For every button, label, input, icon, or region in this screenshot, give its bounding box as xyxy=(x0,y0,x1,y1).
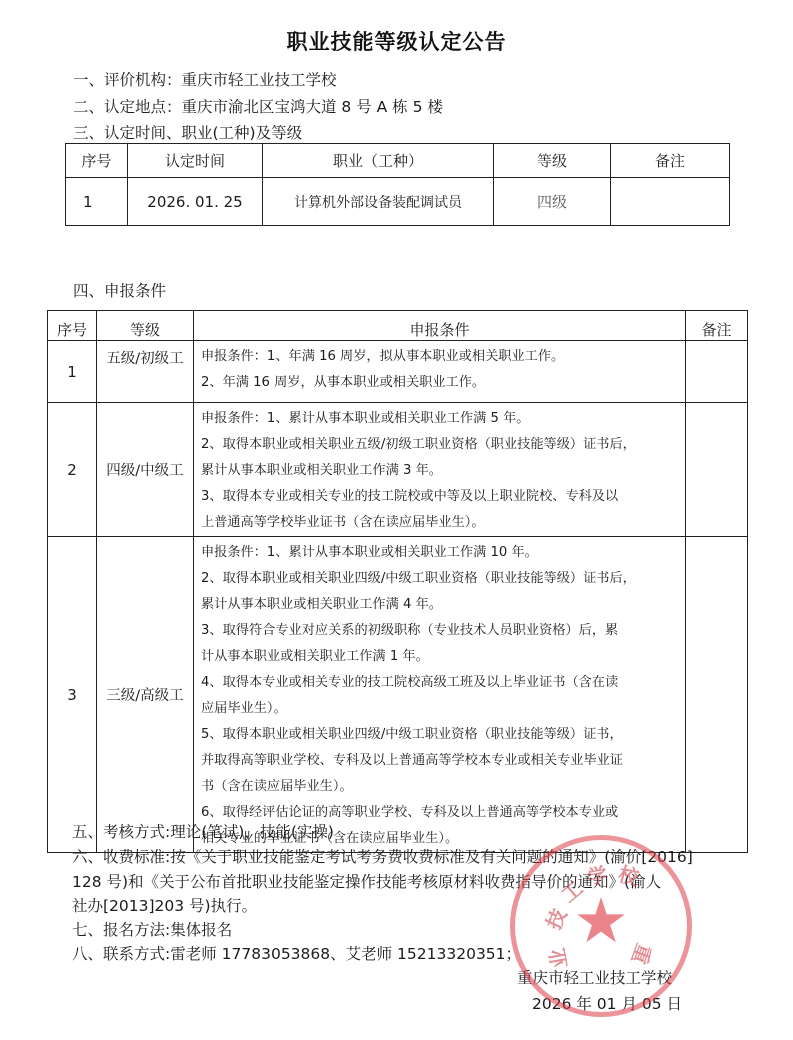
section-fee-standard-line-2: 128 号)和《关于公布首批职业技能鉴定操作技能考核原材料收费指导价的通知》(渝… xyxy=(72,870,661,892)
cell-occupation: 计算机外部设备装配调试员 xyxy=(263,178,494,226)
cell-level: 五级/初级工 xyxy=(97,341,194,403)
cell-conditions: 申报条件：1、年满 16 周岁，拟从事本职业或相关职业工作。 2、年满 16 周… xyxy=(194,341,686,403)
condition-line: 2、取得本职业或相关职业五级/初级工职业资格（职业技能等级）证书后， xyxy=(201,432,685,458)
header-note: 备注 xyxy=(686,311,748,341)
cell-note xyxy=(611,178,730,226)
section-fee-standard-line-3: 社办[2013]203 号)执行。 xyxy=(72,894,257,916)
condition-line: 应届毕业生）。 xyxy=(201,696,685,722)
schedule-table: 序号 认定时间 职业（工种） 等级 备注 1 2026. 01. 25 计算机外… xyxy=(65,143,730,226)
header-grade: 等级 xyxy=(494,144,611,178)
condition-line: 5、取得本职业或相关职业四级/中级工职业资格（职业技能等级）证书， xyxy=(201,722,685,748)
condition-line: 申报条件：1、累计从事本职业或相关职业工作满 10 年。 xyxy=(201,540,685,566)
section-location: 二、认定地点：重庆市渝北区宝鸿大道 8 号 A 栋 5 楼 xyxy=(73,95,443,117)
header-seq: 序号 xyxy=(48,311,97,341)
schedule-table-header: 序号 认定时间 职业（工种） 等级 备注 xyxy=(66,144,730,178)
condition-line: 累计从事本职业或相关职业工作满 3 年。 xyxy=(201,458,685,484)
condition-line: 并取得高等职业学校、专科及以上普通高等学校本专业或相关专业毕业证 xyxy=(201,748,685,774)
table-row: 2 四级/中级工 申报条件：1、累计从事本职业或相关职业工作满 5 年。 2、取… xyxy=(48,403,748,537)
header-date: 认定时间 xyxy=(128,144,263,178)
cell-level: 三级/高级工 xyxy=(97,537,194,853)
section-assessment-method: 五、考核方式:理论(笔试)，技能(实操) xyxy=(72,820,334,842)
section-time-occupation-heading: 三、认定时间、职业(工种)及等级 xyxy=(73,121,302,143)
cell-date: 2026. 01. 25 xyxy=(128,178,263,226)
seal-ring-char: 重 xyxy=(626,940,660,969)
condition-line: 申报条件：1、累计从事本职业或相关职业工作满 5 年。 xyxy=(201,406,685,432)
cell-conditions: 申报条件：1、累计从事本职业或相关职业工作满 10 年。 2、取得本职业或相关职… xyxy=(194,537,686,853)
table-row: 1 五级/初级工 申报条件：1、年满 16 周岁，拟从事本职业或相关职业工作。 … xyxy=(48,341,748,403)
header-occupation: 职业（工种） xyxy=(263,144,494,178)
section-evaluation-agency: 一、评价机构：重庆市轻工业技工学校 xyxy=(73,68,337,90)
condition-line: 3、取得本专业或相关专业的技工院校或中等及以上职业院校、专科及以 xyxy=(201,484,685,510)
cell-seq: 2 xyxy=(48,403,97,537)
seal-ring-char: 技 xyxy=(538,903,573,933)
header-level: 等级 xyxy=(97,311,194,341)
condition-line: 上普通高等学校毕业证书（含在读应届毕业生）。 xyxy=(201,510,685,536)
signature-organization: 重庆市轻工业技工学校 xyxy=(517,966,672,988)
cell-grade: 四级 xyxy=(494,178,611,226)
condition-line: 2、年满 16 周岁，从事本职业或相关职业工作。 xyxy=(201,370,685,396)
condition-line: 申报条件：1、年满 16 周岁，拟从事本职业或相关职业工作。 xyxy=(201,344,685,370)
cell-conditions: 申报条件：1、累计从事本职业或相关职业工作满 5 年。 2、取得本职业或相关职业… xyxy=(194,403,686,537)
condition-line: 累计从事本职业或相关职业工作满 4 年。 xyxy=(201,592,685,618)
header-seq: 序号 xyxy=(66,144,128,178)
section-contact: 八、联系方式:雷老师 17783053868、艾老师 15213320351； xyxy=(72,942,521,964)
table-row: 1 2026. 01. 25 计算机外部设备装配调试员 四级 xyxy=(66,178,730,226)
cell-seq: 1 xyxy=(48,341,97,403)
header-conditions: 申报条件 xyxy=(194,311,686,341)
section-fee-standard-line-1: 六、收费标准:按《关于职业技能鉴定考试考务费收费标准及有关问题的通知》(渝价[2… xyxy=(72,845,693,867)
condition-line: 计从事本职业或相关职业工作满 1 年。 xyxy=(201,644,685,670)
condition-line: 2、取得本职业或相关职业四级/中级工职业资格（职业技能等级）证书后， xyxy=(201,566,685,592)
header-note: 备注 xyxy=(611,144,730,178)
condition-line: 3、取得符合专业对应关系的初级职称（专业技术人员职业资格）后，累 xyxy=(201,618,685,644)
star-icon: ★ xyxy=(573,890,629,952)
cell-seq: 1 xyxy=(66,178,128,226)
cell-note xyxy=(686,537,748,853)
condition-line: 4、取得本专业或相关专业的技工院校高级工班及以上毕业证书（含在读 xyxy=(201,670,685,696)
cell-note xyxy=(686,341,748,403)
section-registration-method: 七、报名方法:集体报名 xyxy=(72,918,232,940)
condition-line: 书（含在读应届毕业生）。 xyxy=(201,774,685,800)
section-conditions-heading: 四、申报条件 xyxy=(73,279,166,301)
cell-note xyxy=(686,403,748,537)
page-title: 职业技能等级认定公告 xyxy=(0,26,793,56)
conditions-table-header: 序号 等级 申报条件 备注 xyxy=(48,311,748,341)
table-row: 3 三级/高级工 申报条件：1、累计从事本职业或相关职业工作满 10 年。 2、… xyxy=(48,537,748,853)
conditions-table: 序号 等级 申报条件 备注 1 五级/初级工 申报条件：1、年满 16 周岁，拟… xyxy=(47,310,748,853)
cell-seq: 3 xyxy=(48,537,97,853)
cell-level: 四级/中级工 xyxy=(97,403,194,537)
signature-date: 2026 年 01 月 05 日 xyxy=(532,992,682,1014)
